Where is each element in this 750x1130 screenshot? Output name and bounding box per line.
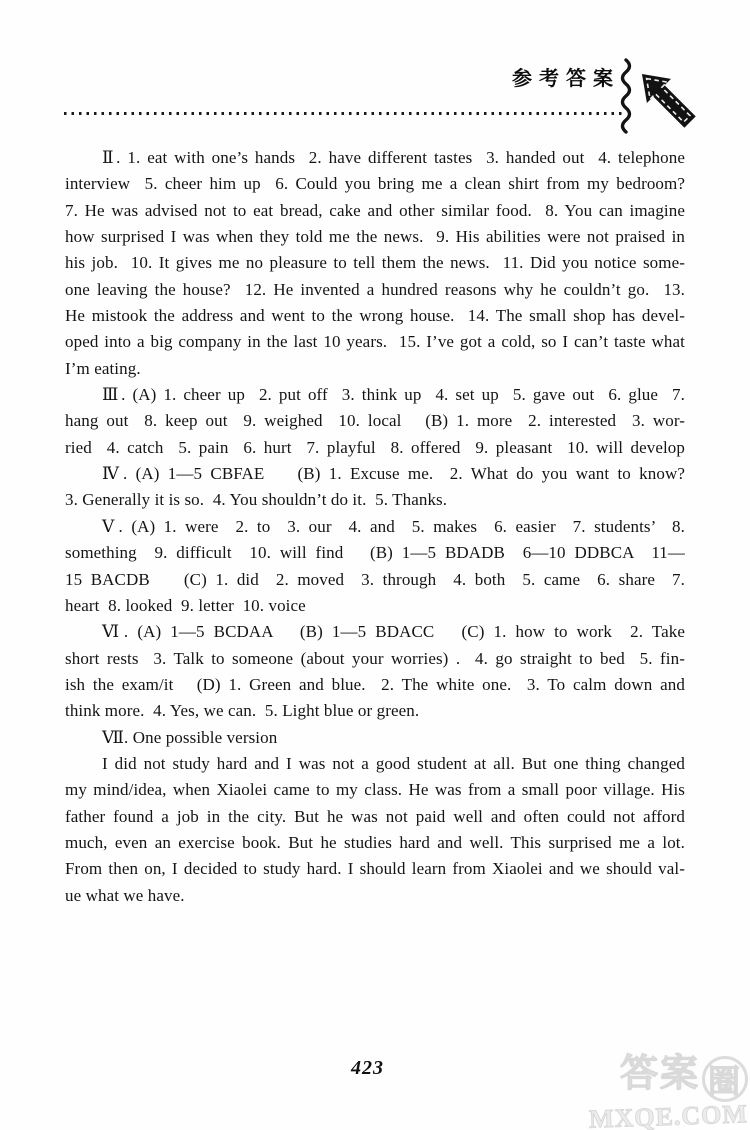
text-line: much, even an exercise book. But he stud… — [65, 830, 685, 856]
text-line: oped into a big company in the last 10 y… — [65, 329, 685, 355]
text-line: his job. 10. It gives me no pleasure to … — [65, 250, 685, 276]
text-line: ried 4. catch 5. pain 6. hurt 7. playful… — [65, 435, 685, 461]
page-title: 参考答案 — [512, 62, 620, 91]
text-line: something 9. difficult 10. will find (B)… — [65, 540, 685, 566]
nw-arrow-shape — [630, 62, 702, 134]
wavy-edge-divider — [623, 60, 630, 132]
scanned-answer-page: 参考答案 Ⅱ. 1. eat with one’s hands 2. have … — [0, 0, 750, 1130]
text-line: 15 BACDB (C) 1. did 2. moved 3. through … — [65, 567, 685, 593]
page-number: 423 — [351, 1057, 384, 1080]
text-line: Ⅱ. 1. eat with one’s hands 2. have diffe… — [65, 145, 685, 171]
text-line: ish the exam/it (D) 1. Green and blue. 2… — [65, 672, 685, 698]
watermark-site: MXQE.COM — [589, 1100, 749, 1130]
text-line: interview 5. cheer him up 6. Could you b… — [65, 171, 685, 197]
paragraph-section-5: Ⅴ. (A) 1. were 2. to 3. our 4. and 5. ma… — [65, 514, 685, 619]
watermark-brand: 答案圈 — [589, 1052, 748, 1102]
dotted-divider — [64, 112, 626, 115]
text-line: I’m eating. — [65, 356, 685, 382]
text-line: Ⅲ. (A) 1. cheer up 2. put off 3. think u… — [65, 382, 685, 408]
text-line: my mind/idea, when Xiaolei came to my cl… — [65, 777, 685, 803]
text-line: Ⅴ. (A) 1. were 2. to 3. our 4. and 5. ma… — [65, 514, 685, 540]
text-line: From then on, I decided to study hard. I… — [65, 856, 685, 882]
paragraph-section-7-heading: Ⅶ. One possible version — [65, 725, 685, 751]
text-line: how surprised I was when they told me th… — [65, 224, 685, 250]
text-line: hang out 8. keep out 9. weighed 10. loca… — [65, 408, 685, 434]
answer-text: Ⅱ. 1. eat with one’s hands 2. have diffe… — [65, 145, 685, 909]
text-line: He mistook the address and went to the w… — [65, 303, 685, 329]
paragraph-section-2: Ⅱ. 1. eat with one’s hands 2. have diffe… — [65, 145, 685, 382]
paragraph-section-4: Ⅳ. (A) 1—5 CBFAE (B) 1. Excuse me. 2. Wh… — [65, 461, 685, 514]
watermark-brand-text: 答案 — [620, 1053, 700, 1095]
paragraph-section-6: Ⅵ. (A) 1—5 BCDAA (B) 1—5 BDACC (C) 1. ho… — [65, 619, 685, 724]
nw-arrow-icon — [610, 48, 704, 142]
text-line: 7. He was advised not to eat bread, cake… — [65, 198, 685, 224]
paragraph-section-3: Ⅲ. (A) 1. cheer up 2. put off 3. think u… — [65, 382, 685, 461]
paragraph-section-7-essay: I did not study hard and I was not a goo… — [65, 751, 685, 909]
text-line: one leaving the house? 12. He invented a… — [65, 277, 685, 303]
watermark: 答案圈 MXQE.COM — [589, 1052, 748, 1130]
watermark-brand-circle: 圈 — [702, 1056, 748, 1102]
text-line: short rests 3. Talk to someone (about yo… — [65, 646, 685, 672]
text-line: I did not study hard and I was not a goo… — [65, 751, 685, 777]
text-line: think more. 4. Yes, we can. 5. Light blu… — [65, 698, 685, 724]
text-line: Ⅳ. (A) 1—5 CBFAE (B) 1. Excuse me. 2. Wh… — [65, 461, 685, 487]
text-line: Ⅶ. One possible version — [65, 725, 685, 751]
text-line: Ⅵ. (A) 1—5 BCDAA (B) 1—5 BDACC (C) 1. ho… — [65, 619, 685, 645]
text-line: father found a job in the city. But he w… — [65, 804, 685, 830]
text-line: 3. Generally it is so. 4. You shouldn’t … — [65, 487, 685, 513]
text-line: heart 8. looked 9. letter 10. voice — [65, 593, 685, 619]
text-line: ue what we have. — [65, 883, 685, 909]
